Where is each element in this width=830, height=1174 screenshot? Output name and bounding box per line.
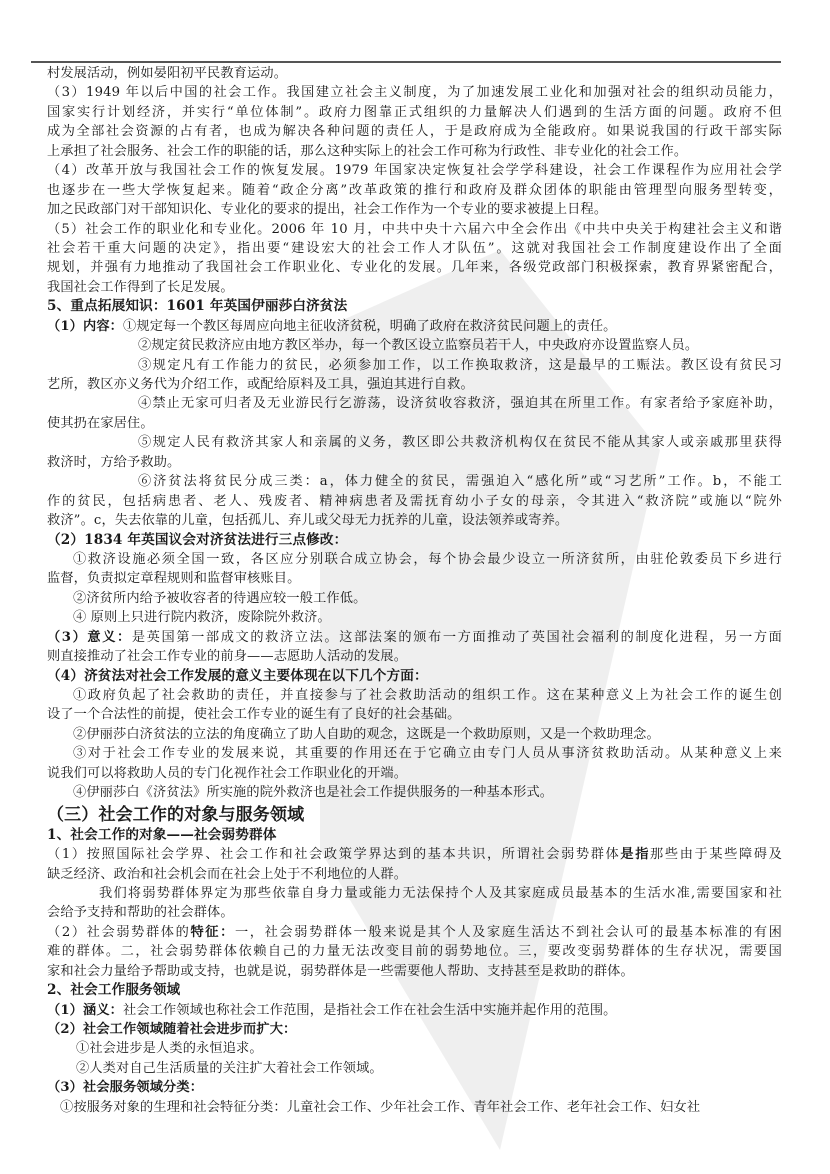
item-text: 一，社会弱势群体一般来说是其个人及家庭生活达不到社会认可的最基本标准的有困 xyxy=(235,925,782,940)
text-line: 监督，负责拟定章程规则和监督审核账目。 xyxy=(47,569,782,588)
item-text: 社会工作领域也称社会工作范围，是指社会工作在社会生活中实施并起作用的范围。 xyxy=(123,1003,616,1018)
text-line: 村发展活动，例如晏阳初平民教育运动。 xyxy=(47,64,782,83)
text-line: 缺乏经济、政治和社会机会而在社会上处于不利地位的人群。 xyxy=(47,865,782,884)
text-line: （5）社会工作的职业化和专业化。2006 年 10 月，中共中央十六届六中全会作… xyxy=(47,220,782,239)
text-line: （1）涵义：社会工作领域也称社会工作范围，是指社会工作在社会生活中实施并起作用的… xyxy=(47,1001,782,1020)
text-line: ①社会进步是人类的永恒追求。 xyxy=(47,1039,782,1058)
text-line: 规划，并强有力地推动了我国社会工作职业化、专业化的发展。几年来，各级党政部门积极… xyxy=(47,258,782,277)
subheading-1834-amendment: （2）1834 年英国议会对济贫法进行三点修改： xyxy=(47,531,782,550)
text-line: 国家实行计划经济，并实行“单位体制”。政府力图靠正式组织的力量解决人们遇到的生活… xyxy=(47,103,782,122)
text-line: ②规定贫民救济应由地方教区举办，每一个教区设立监察员若干人，中央政府亦设置监察人… xyxy=(47,336,782,355)
subheading-domain-expansion: （2）社会工作领域随着社会进步而扩大： xyxy=(47,1020,782,1039)
header-rule xyxy=(31,61,781,63)
emphasis-text: 特征： xyxy=(190,925,234,940)
text-line: （1）内容：①规定每一个教区每周应向地主征收济贫税，明确了政府在救济贫民问题上的… xyxy=(47,317,782,336)
text-line: 也逐步在一些大学恢复起来。随着“政企分离”改革政策的推行和政府及群众团体的职能由… xyxy=(47,181,782,200)
subheading-service-domains: 2、社会工作服务领域 xyxy=(47,981,782,1000)
text-line: ③对于社会工作专业的发展来说，其重要的作用还在于它确立由专门人员从事济贫救助活动… xyxy=(47,744,782,763)
text-line: 作的贫民，包括病患者、老人、残废者、精神病患者及需抚育幼小子女的母亲，令其进入“… xyxy=(47,492,782,511)
text-line: ③规定凡有工作能力的贫民，必须参加工作，以工作换取救济，这是最早的工赈法。教区设… xyxy=(47,356,782,375)
item-label: （1）内容： xyxy=(47,319,123,334)
item-text: （1）按照国际社会学界、社会工作和社会政策学界达到的基本共识，所谓社会弱势群体 xyxy=(47,847,620,862)
text-line: （4）改革开放与我国社会工作的恢复发展。1979 年国家决定恢复社会学学科建设，… xyxy=(47,161,782,180)
section-heading-objects-domains: （三）社会工作的对象与服务领域 xyxy=(47,804,782,826)
text-line: 社会若干重大问题的决定》，指出要“建设宏大的社会工作人才队伍”。这就对我国社会工… xyxy=(47,239,782,258)
text-line: （2）社会弱势群体的特征：一，社会弱势群体一般来说是其个人及家庭生活达不到社会认… xyxy=(47,923,782,942)
document-body: 村发展活动，例如晏阳初平民教育运动。 （3）1949 年以后中国的社会工作。我国… xyxy=(47,64,782,1117)
text-line: ④伊丽莎白《济贫法》所实施的院外救济也是社会工作提供服务的一种基本形式。 xyxy=(47,783,782,802)
section-heading-poor-law: 5、重点拓展知识：1601 年英国伊丽莎白济贫法 xyxy=(47,297,782,316)
text-line: ⑥济贫法将贫民分成三类：a，体力健全的贫民，需强迫入“感化所”或“习艺所”工作。… xyxy=(47,472,782,491)
text-line: （3）意义：是英国第一部成文的救济立法。这部法案的颁布一方面推动了英国社会福利的… xyxy=(47,628,782,647)
subheading-vulnerable-groups: 1、社会工作的对象——社会弱势群体 xyxy=(47,826,782,845)
text-line: ⑤规定人民有救济其家人和亲属的义务，教区即公共救济机构仅在贫民不能从其家人或亲戚… xyxy=(47,433,782,452)
text-line: ①政府负起了社会救助的责任，并直接参与了社会救助活动的组织工作。这在某种意义上为… xyxy=(47,686,782,705)
subheading-domain-classification: （3）社会服务领域分类： xyxy=(47,1078,782,1097)
text-line: 会给予支持和帮助的社会群体。 xyxy=(47,903,782,922)
text-line: ②人类对自己生活质量的关注扩大着社会工作领域。 xyxy=(47,1059,782,1078)
text-line: ②济贫所内给予被收容者的待遇应较一般工作低。 xyxy=(47,589,782,608)
text-line: （3）1949 年以后中国的社会工作。我国建立社会主义制度，为了加速发展工业化和… xyxy=(47,83,782,102)
text-line: 上承担了社会服务、社会工作的职能的话，那么这种实际上的社会工作可称为行政性、非专… xyxy=(47,142,782,161)
text-line: 则直接推动了社会工作专业的前身——志愿助人活动的发展。 xyxy=(47,647,782,666)
item-label: （3）意义： xyxy=(47,630,132,645)
text-line: 救济”。c，失去依靠的儿童，包括孤儿、弃儿或父母无力抚养的儿童，设法领养或寄养。 xyxy=(47,511,782,530)
text-line: 艺所，教区亦义务代为介绍工作，或配给原料及工具，强迫其进行自救。 xyxy=(47,375,782,394)
text-line: （1）按照国际社会学界、社会工作和社会政策学界达到的基本共识，所谓社会弱势群体是… xyxy=(47,845,782,864)
text-line: 难的群体。二，社会弱势群体依赖自己的力量无法改变目前的弱势地位。三，要改变弱势群… xyxy=(47,942,782,961)
text-line: ②伊丽莎白济贫法的立法的角度确立了助人自助的观念，这既是一个救助原则，又是一个救… xyxy=(47,725,782,744)
emphasis-text: 是指 xyxy=(620,847,650,862)
item-label: （1）涵义： xyxy=(47,1003,123,1018)
item-text: ①规定每一个教区每周应向地主征收济贫税，明确了政府在救济贫民问题上的责任。 xyxy=(123,319,616,334)
subheading-significance: （4）济贫法对社会工作发展的意义主要体现在以下几个方面： xyxy=(47,667,782,686)
text-line: 设了一个合法性的前提，使社会工作专业的诞生有了良好的社会基础。 xyxy=(47,705,782,724)
item-text: 是英国第一部成文的救济立法。这部法案的颁布一方面推动了英国社会福利的制度化进程，… xyxy=(132,630,782,645)
text-line: ①按服务对象的生理和社会特征分类：儿童社会工作、少年社会工作、青年社会工作、老年… xyxy=(47,1098,782,1117)
text-line: 我们将弱势群体界定为那些依靠自身力量或能力无法保持个人及其家庭成员最基本的生活水… xyxy=(47,884,782,903)
text-line: 说我们可以将救助人员的专门化视作社会工作职业化的开端。 xyxy=(47,764,782,783)
text-line: 我国社会工作得到了长足发展。 xyxy=(47,278,782,297)
item-text: 那些由于某些障碍及 xyxy=(650,847,782,862)
text-line: 救济时，方给予救助。 xyxy=(47,453,782,472)
text-line: ④禁止无家可归者及无业游民行乞游荡，设济贫收容救济，强迫其在所里工作。有家者给予… xyxy=(47,394,782,413)
text-line: 家和社会力量给予帮助或支持，也就是说，弱势群体是一些需要他人帮助、支持甚至是救助… xyxy=(47,962,782,981)
text-line: 成为全部社会资源的占有者，也成为解决各种问题的责任人，于是政府成为全能政府。如果… xyxy=(47,122,782,141)
text-line: ①救济设施必须全国一致，各区应分别联合成立协会，每个协会最少设立一所济贫所，由驻… xyxy=(47,550,782,569)
text-line: 使其扔在家居住。 xyxy=(47,414,782,433)
text-line: 加之民政部门对干部知识化、专业化的要求的提出，社会工作作为一个专业的要求被提上日… xyxy=(47,200,782,219)
text-line: ④ 原则上只进行院内救济，废除院外救济。 xyxy=(47,608,782,627)
item-text: （2）社会弱势群体的 xyxy=(47,925,190,940)
